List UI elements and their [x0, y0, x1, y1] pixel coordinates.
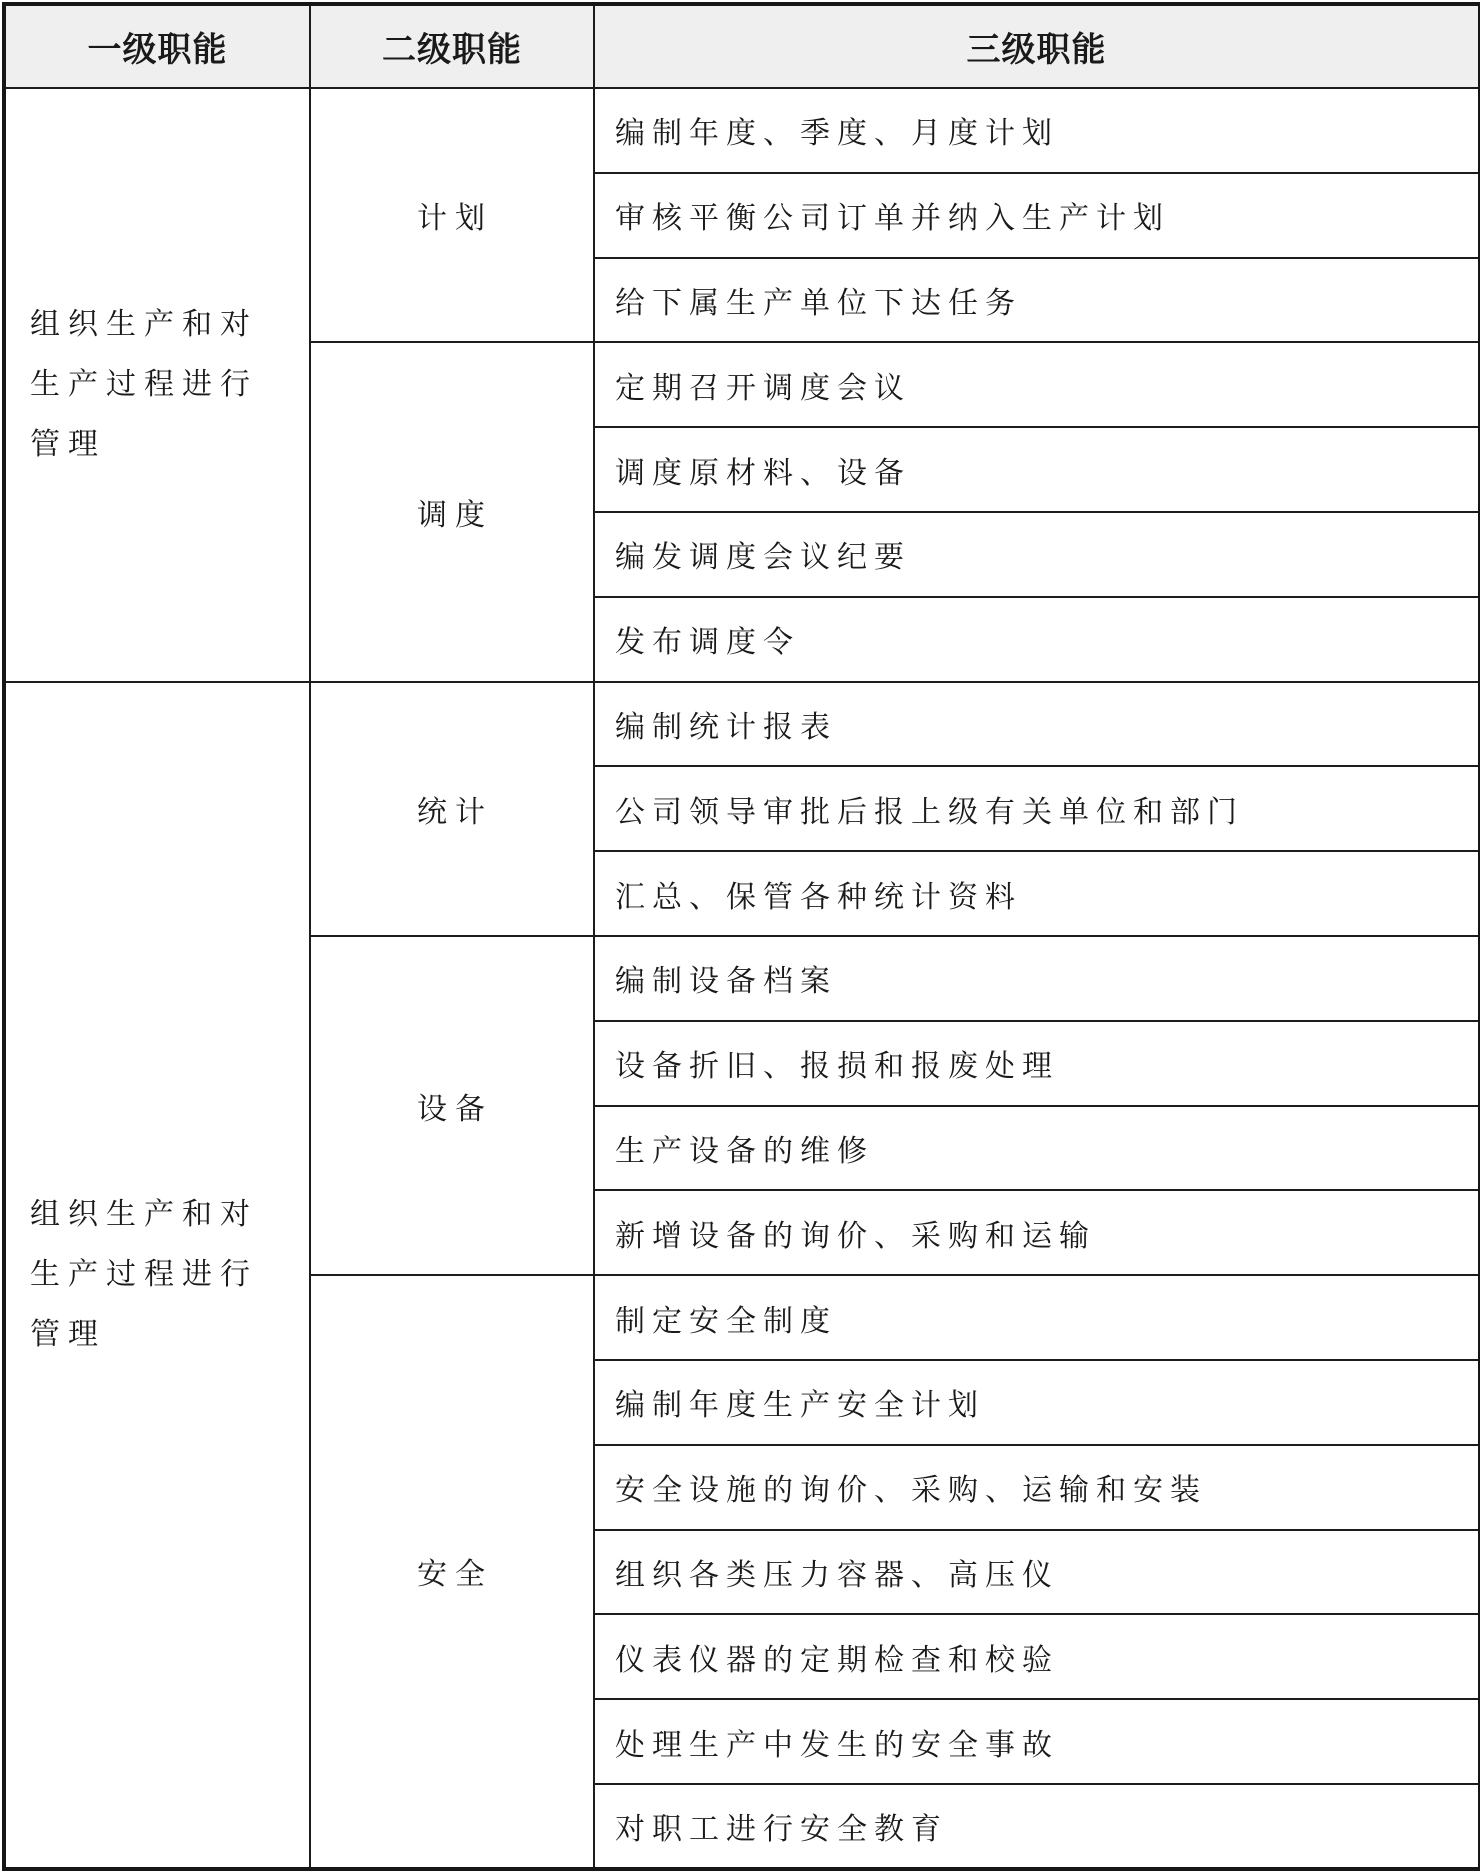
header-level3: 三级职能 [594, 4, 1480, 88]
level3-cell: 审核平衡公司订单并纳入生产计划 [594, 173, 1480, 258]
level3-cell: 给下属生产单位下达任务 [594, 258, 1480, 343]
functions-table: 一级职能 二级职能 三级职能 组织生产和对生产过程进行管理 计划 编制年度、季度… [2, 2, 1480, 1871]
level1-cell: 组织生产和对生产过程进行管理 [4, 88, 310, 682]
level3-cell: 汇总、保管各种统计资料 [594, 851, 1480, 936]
level3-cell: 编制设备档案 [594, 936, 1480, 1021]
level2-cell: 统计 [310, 682, 594, 936]
header-row: 一级职能 二级职能 三级职能 [4, 4, 1480, 88]
level3-cell: 仪表仪器的定期检查和校验 [594, 1614, 1480, 1699]
table-row: 组织生产和对生产过程进行管理 统计 编制统计报表 [4, 682, 1480, 767]
level3-cell: 编发调度会议纪要 [594, 512, 1480, 597]
level3-cell: 新增设备的询价、采购和运输 [594, 1190, 1480, 1275]
level3-cell: 编制年度生产安全计划 [594, 1360, 1480, 1445]
level3-cell: 编制年度、季度、月度计划 [594, 88, 1480, 173]
level2-cell: 调度 [310, 342, 594, 681]
header-level1: 一级职能 [4, 4, 310, 88]
level3-cell: 生产设备的维修 [594, 1106, 1480, 1191]
level3-cell: 组织各类压力容器、高压仪 [594, 1530, 1480, 1615]
level3-cell: 设备折旧、报损和报废处理 [594, 1021, 1480, 1106]
table-row: 组织生产和对生产过程进行管理 计划 编制年度、季度、月度计划 [4, 88, 1480, 173]
level3-cell: 制定安全制度 [594, 1275, 1480, 1360]
level1-cell: 组织生产和对生产过程进行管理 [4, 682, 310, 1869]
level3-cell: 公司领导审批后报上级有关单位和部门 [594, 766, 1480, 851]
level3-cell: 对职工进行安全教育 [594, 1784, 1480, 1869]
level3-cell: 调度原材料、设备 [594, 427, 1480, 512]
level3-cell: 安全设施的询价、采购、运输和安装 [594, 1445, 1480, 1530]
level3-cell: 处理生产中发生的安全事故 [594, 1699, 1480, 1784]
level3-cell: 编制统计报表 [594, 682, 1480, 767]
level3-cell: 定期召开调度会议 [594, 342, 1480, 427]
level3-cell: 发布调度令 [594, 597, 1480, 682]
level2-cell: 安全 [310, 1275, 594, 1869]
level2-cell: 计划 [310, 88, 594, 342]
header-level2: 二级职能 [310, 4, 594, 88]
level2-cell: 设备 [310, 936, 594, 1275]
